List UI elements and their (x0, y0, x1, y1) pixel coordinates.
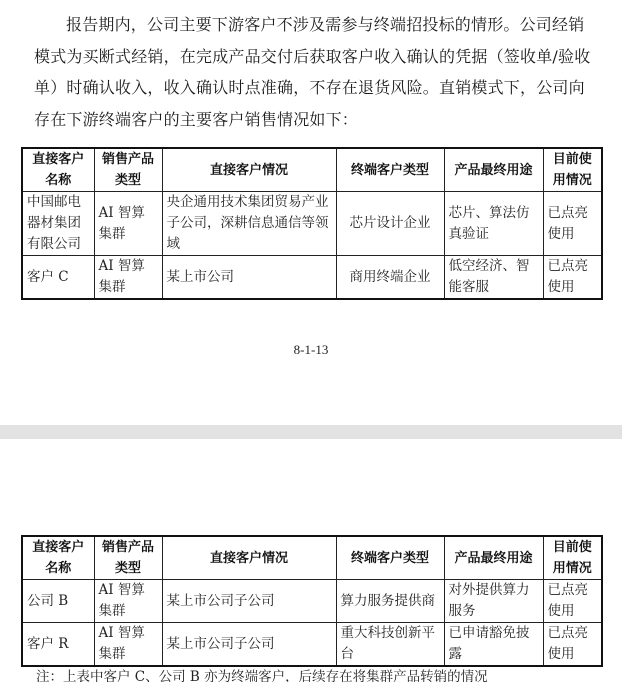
cell-usage-status: 已点亮使用 (543, 192, 602, 256)
cell-customer-name: 公司 B (22, 580, 94, 623)
cell-end-customer-type: 芯片设计企业 (336, 192, 444, 256)
cell-customer-name: 中国邮电器材集团有限公司 (22, 192, 94, 256)
cell-final-use: 芯片、算法仿真验证 (444, 192, 543, 256)
customer-sales-table-1: 直接客户名称 销售产品类型 直接客户情况 终端客户类型 产品最终用途 目前使用情… (21, 147, 603, 300)
header-direct-customer-name: 直接客户名称 (22, 536, 94, 580)
header-final-use: 产品最终用途 (444, 148, 543, 192)
page-number: 8-1-13 (0, 342, 622, 358)
document-page-2: 直接客户名称 销售产品类型 直接客户情况 终端客户类型 产品最终用途 目前使用情… (0, 439, 622, 682)
cell-final-use: 对外提供算力服务 (444, 580, 543, 623)
header-product-type: 销售产品类型 (94, 536, 162, 580)
document-page-1: 报告期内，公司主要下游客户不涉及需参与终端招投标的情形。公司经销模式为买断式经销… (0, 0, 622, 425)
header-usage-status: 目前使用情况 (543, 148, 602, 192)
cell-product-type: AI 智算集群 (94, 192, 162, 256)
cell-product-type: AI 智算集群 (94, 623, 162, 667)
header-product-type: 销售产品类型 (94, 148, 162, 192)
table-row: 中国邮电器材集团有限公司 AI 智算集群 央企通用技术集团贸易产业子公司，深耕信… (22, 192, 602, 256)
cell-customer-info: 央企通用技术集团贸易产业子公司，深耕信息通信等领域 (162, 192, 336, 256)
table-row: 公司 B AI 智算集群 某上市公司子公司 算力服务提供商 对外提供算力服务 已… (22, 580, 602, 623)
cell-product-type: AI 智算集群 (94, 256, 162, 300)
table-row: 客户 R AI 智算集群 某上市公司子公司 重大科技创新平台 已申请豁免披露 已… (22, 623, 602, 667)
cell-customer-name: 客户 C (22, 256, 94, 300)
cell-customer-info: 某上市公司子公司 (162, 623, 336, 667)
cell-end-customer-type: 商用终端企业 (336, 256, 444, 300)
cell-end-customer-type: 算力服务提供商 (336, 580, 444, 623)
cell-usage-status: 已点亮使用 (543, 623, 602, 667)
table-header-row: 直接客户名称 销售产品类型 直接客户情况 终端客户类型 产品最终用途 目前使用情… (22, 148, 602, 192)
header-usage-status: 目前使用情况 (543, 536, 602, 580)
customer-sales-table-2: 直接客户名称 销售产品类型 直接客户情况 终端客户类型 产品最终用途 目前使用情… (21, 535, 603, 667)
cell-end-customer-type: 重大科技创新平台 (336, 623, 444, 667)
header-direct-customer-info: 直接客户情况 (162, 536, 336, 580)
header-direct-customer-info: 直接客户情况 (162, 148, 336, 192)
table-header-row: 直接客户名称 销售产品类型 直接客户情况 终端客户类型 产品最终用途 目前使用情… (22, 536, 602, 580)
table-row: 客户 C AI 智算集群 某上市公司 商用终端企业 低空经济、智能客服 已点亮使… (22, 256, 602, 300)
header-end-customer-type: 终端客户类型 (336, 536, 444, 580)
cell-final-use: 低空经济、智能客服 (444, 256, 543, 300)
table-footnote: 注：上表中客户 C、公司 B 亦为终端客户，后续存在将集群产品转销的情况 (36, 665, 488, 682)
cell-usage-status: 已点亮使用 (543, 256, 602, 300)
header-end-customer-type: 终端客户类型 (336, 148, 444, 192)
cell-product-type: AI 智算集群 (94, 580, 162, 623)
cell-customer-info: 某上市公司 (162, 256, 336, 300)
cell-customer-info: 某上市公司子公司 (162, 580, 336, 623)
cell-customer-name: 客户 R (22, 623, 94, 667)
header-final-use: 产品最终用途 (444, 536, 543, 580)
header-direct-customer-name: 直接客户名称 (22, 148, 94, 192)
cell-usage-status: 已点亮使用 (543, 580, 602, 623)
page-break-separator (0, 425, 622, 439)
body-paragraph: 报告期内，公司主要下游客户不涉及需参与终端招投标的情形。公司经销模式为买断式经销… (34, 9, 594, 135)
cell-final-use: 已申请豁免披露 (444, 623, 543, 667)
